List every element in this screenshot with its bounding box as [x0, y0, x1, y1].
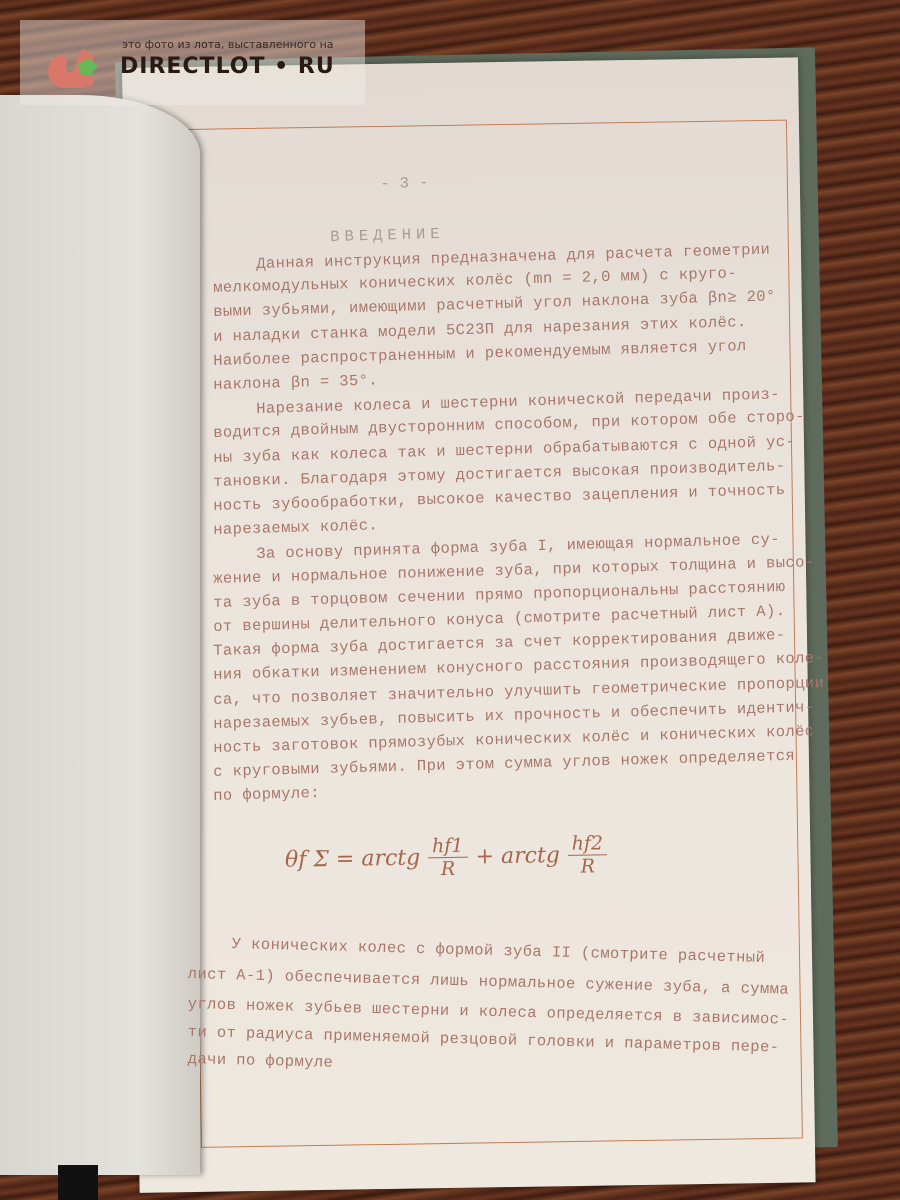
squirrel-logo-icon: [44, 40, 104, 90]
book-spine-corner: [58, 1165, 98, 1200]
formula-lhs: θf Σ = arctg: [285, 845, 421, 872]
formula-mid: + arctg: [475, 843, 560, 869]
watermark-brand: DIRECTLOT • RU: [120, 54, 335, 79]
section-heading: ВВЕДЕНИЕ: [330, 225, 445, 246]
page-number: - 3 -: [380, 174, 429, 193]
watermark-caption: это фото из лота, выставленного на: [122, 38, 334, 51]
fraction-2: hf2 R: [567, 832, 607, 878]
watermark: это фото из лота, выставленного на DIREC…: [20, 20, 365, 105]
formula: θf Σ = arctg hf1 R + arctg hf2 R: [285, 832, 608, 883]
text-line: дачи по формуле: [188, 1050, 334, 1072]
text-line: по формуле:: [213, 784, 320, 805]
fraction-1: hf1 R: [428, 835, 468, 881]
left-page-curl: [0, 95, 200, 1175]
